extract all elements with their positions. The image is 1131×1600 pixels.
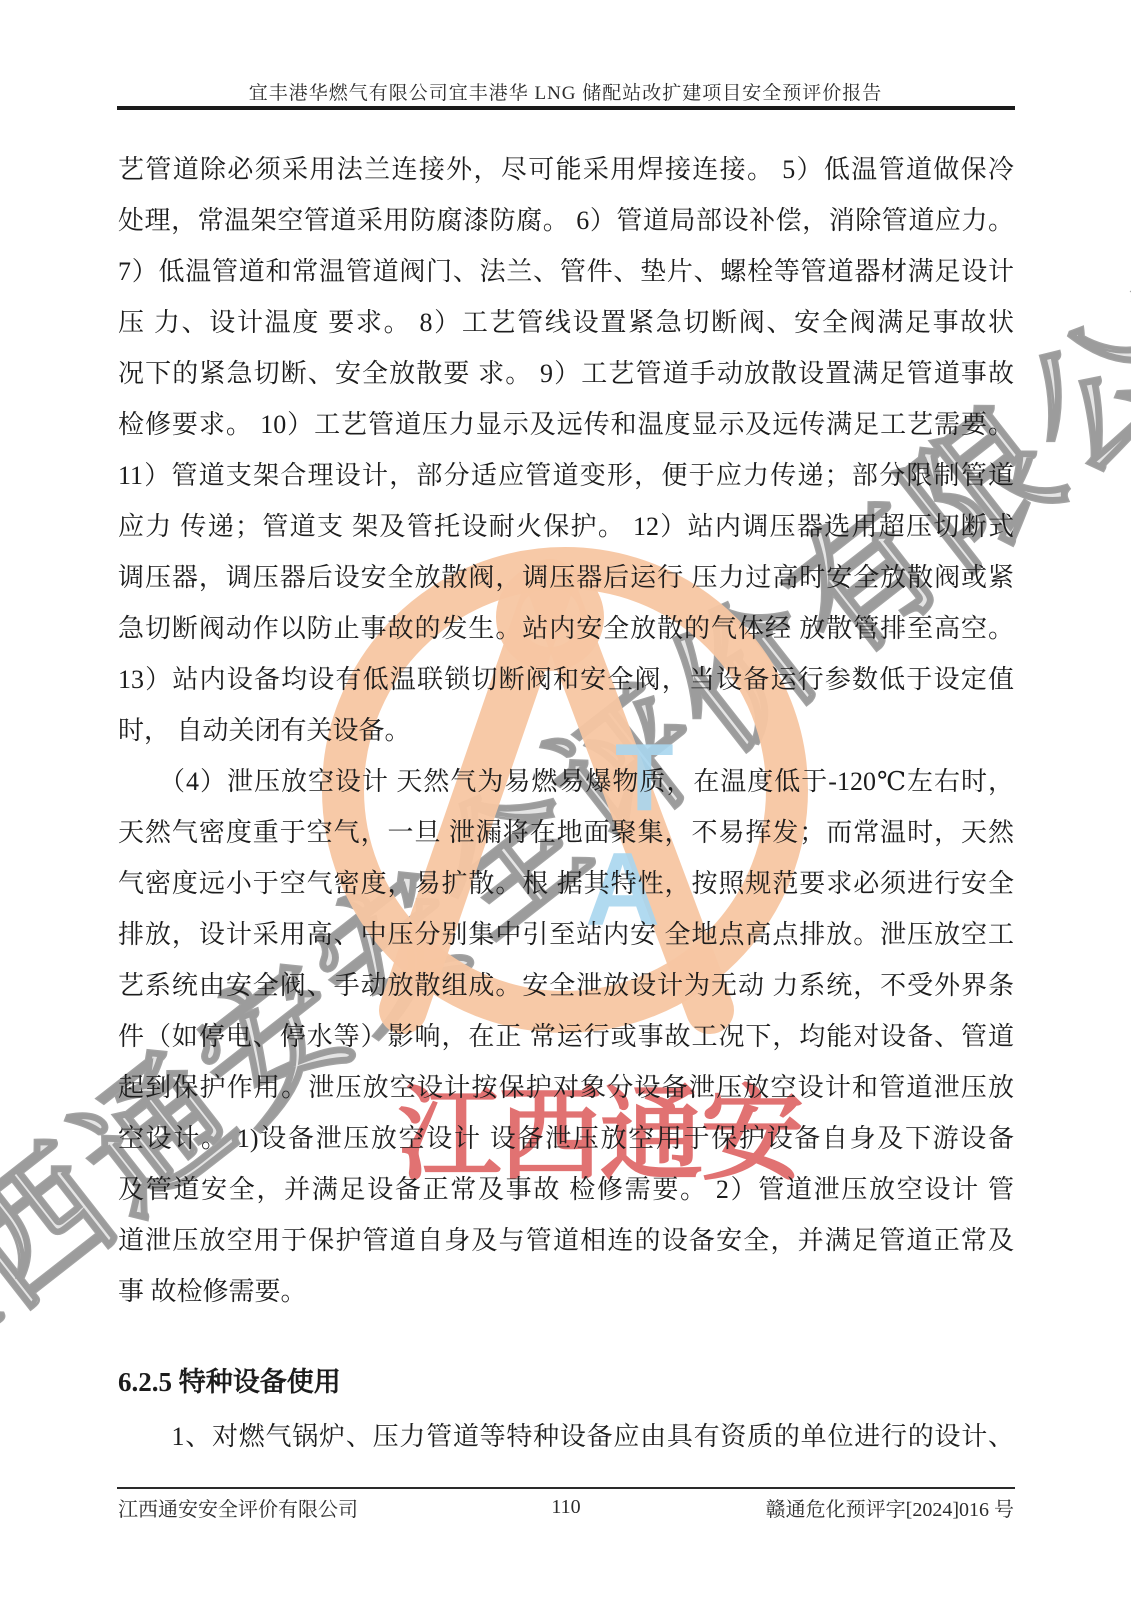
body-line: 事 故检修需要。: [118, 1266, 1014, 1317]
body-line: 及管道安全，并满足设备正常及事故 检修需要。 2）管道泄压放空设计 管: [118, 1164, 1014, 1215]
body-line: 检修要求。 10）工艺管道压力显示及远传和温度显示及远传满足工艺需要。: [118, 399, 1014, 450]
footer-company: 江西通安安全评价有限公司: [118, 1493, 358, 1522]
body-line: 件（如停电、停水等）影响，在正 常运行或事故工况下，均能对设备、管道: [118, 1011, 1014, 1062]
body-line: 天然气密度重于空气，一旦 泄漏将在地面聚集，不易挥发；而常温时，天然: [118, 807, 1014, 858]
body-line: 11）管道支架合理设计，部分适应管道变形，便于应力传递；部分限制管道: [118, 450, 1014, 501]
page-footer: 110 江西通安安全评价有限公司 赣通危化预评字[2024]016 号: [118, 1492, 1014, 1522]
body-line: 气密度远小于空气密度，易扩散。根 据其特性，按照规范要求必须进行安全: [118, 858, 1014, 909]
body-line: （4）泄压放空设计 天然气为易燃易爆物质，在温度低于-120℃左右时，: [118, 756, 1014, 807]
body-line: 急切断阀动作以防止事故的发生。站内安全放散的气体经 放散管排至高空。: [118, 603, 1014, 654]
paragraph-line: 1、对燃气锅炉、压力管道等特种设备应由具有资质的单位进行的设计、: [118, 1411, 1014, 1462]
body-line: 排放，设计采用高、中压分别集中引至站内安 全地点高点排放。泄压放空工: [118, 909, 1014, 960]
body-line: 艺系统由安全阀、手动放散组成。安全泄放设计为无动 力系统，不受外界条: [118, 960, 1014, 1011]
body-line: 13）站内设备均设有低温联锁切断阀和安全阀，当设备运行参数低于设定值: [118, 654, 1014, 705]
section-heading: 6.2.5 特种设备使用: [118, 1357, 1014, 1408]
body-line: 况下的紧急切断、安全放散要 求。 9）工艺管道手动放散设置满足管道事故: [118, 348, 1014, 399]
header-rule: [117, 106, 1015, 110]
body-text: 艺管道除必须采用法兰连接外，尽可能采用焊接连接。 5）低温管道做保冷 处理，常温…: [118, 144, 1014, 1317]
footer-rule: [117, 1487, 1015, 1489]
body-line: 应力 传递；管道支 架及管托设耐火保护。 12）站内调压器选用超压切断式: [118, 501, 1014, 552]
footer-doc-number: 赣通危化预评字[2024]016 号: [766, 1493, 1014, 1522]
body-line: 调压器，调压器后设安全放散阀，调压器后运行 压力过高时安全放散阀或紧: [118, 552, 1014, 603]
body-line: 7）低温管道和常温管道阀门、法兰、管件、垫片、螺栓等管道器材满足设计: [118, 246, 1014, 297]
body-line: 起到保护作用。泄压放空设计按保护对象分设备泄压放空设计和管道泄压放: [118, 1062, 1014, 1113]
header-title: 宜丰港华燃气有限公司宜丰港华 LNG 储配站改扩建项目安全预评价报告: [0, 78, 1131, 105]
page-container: 江西通安安全评价有限公司 T A 江西通安 宜丰港华燃气有限公司宜丰港华 LNG…: [0, 0, 1131, 1600]
body-line: 艺管道除必须采用法兰连接外，尽可能采用焊接连接。 5）低温管道做保冷: [118, 144, 1014, 195]
body-line: 时， 自动关闭有关设备。: [118, 705, 1014, 756]
body-line: 压 力、设计温度 要求。 8）工艺管线设置紧急切断阀、安全阀满足事故状: [118, 297, 1014, 348]
body-line: 空设计。 1)设备泄压放空设计 设备泄压放空用于保护设备自身及下游设备: [118, 1113, 1014, 1164]
body-line: 处理，常温架空管道采用防腐漆防腐。 6）管道局部设补偿，消除管道应力。: [118, 195, 1014, 246]
content-layer: 宜丰港华燃气有限公司宜丰港华 LNG 储配站改扩建项目安全预评价报告 艺管道除必…: [0, 0, 1131, 1600]
paragraph-special-equipment: 1、对燃气锅炉、压力管道等特种设备应由具有资质的单位进行的设计、: [118, 1411, 1014, 1462]
body-line: 道泄压放空用于保护管道自身及与管道相连的设备安全，并满足管道正常及: [118, 1215, 1014, 1266]
